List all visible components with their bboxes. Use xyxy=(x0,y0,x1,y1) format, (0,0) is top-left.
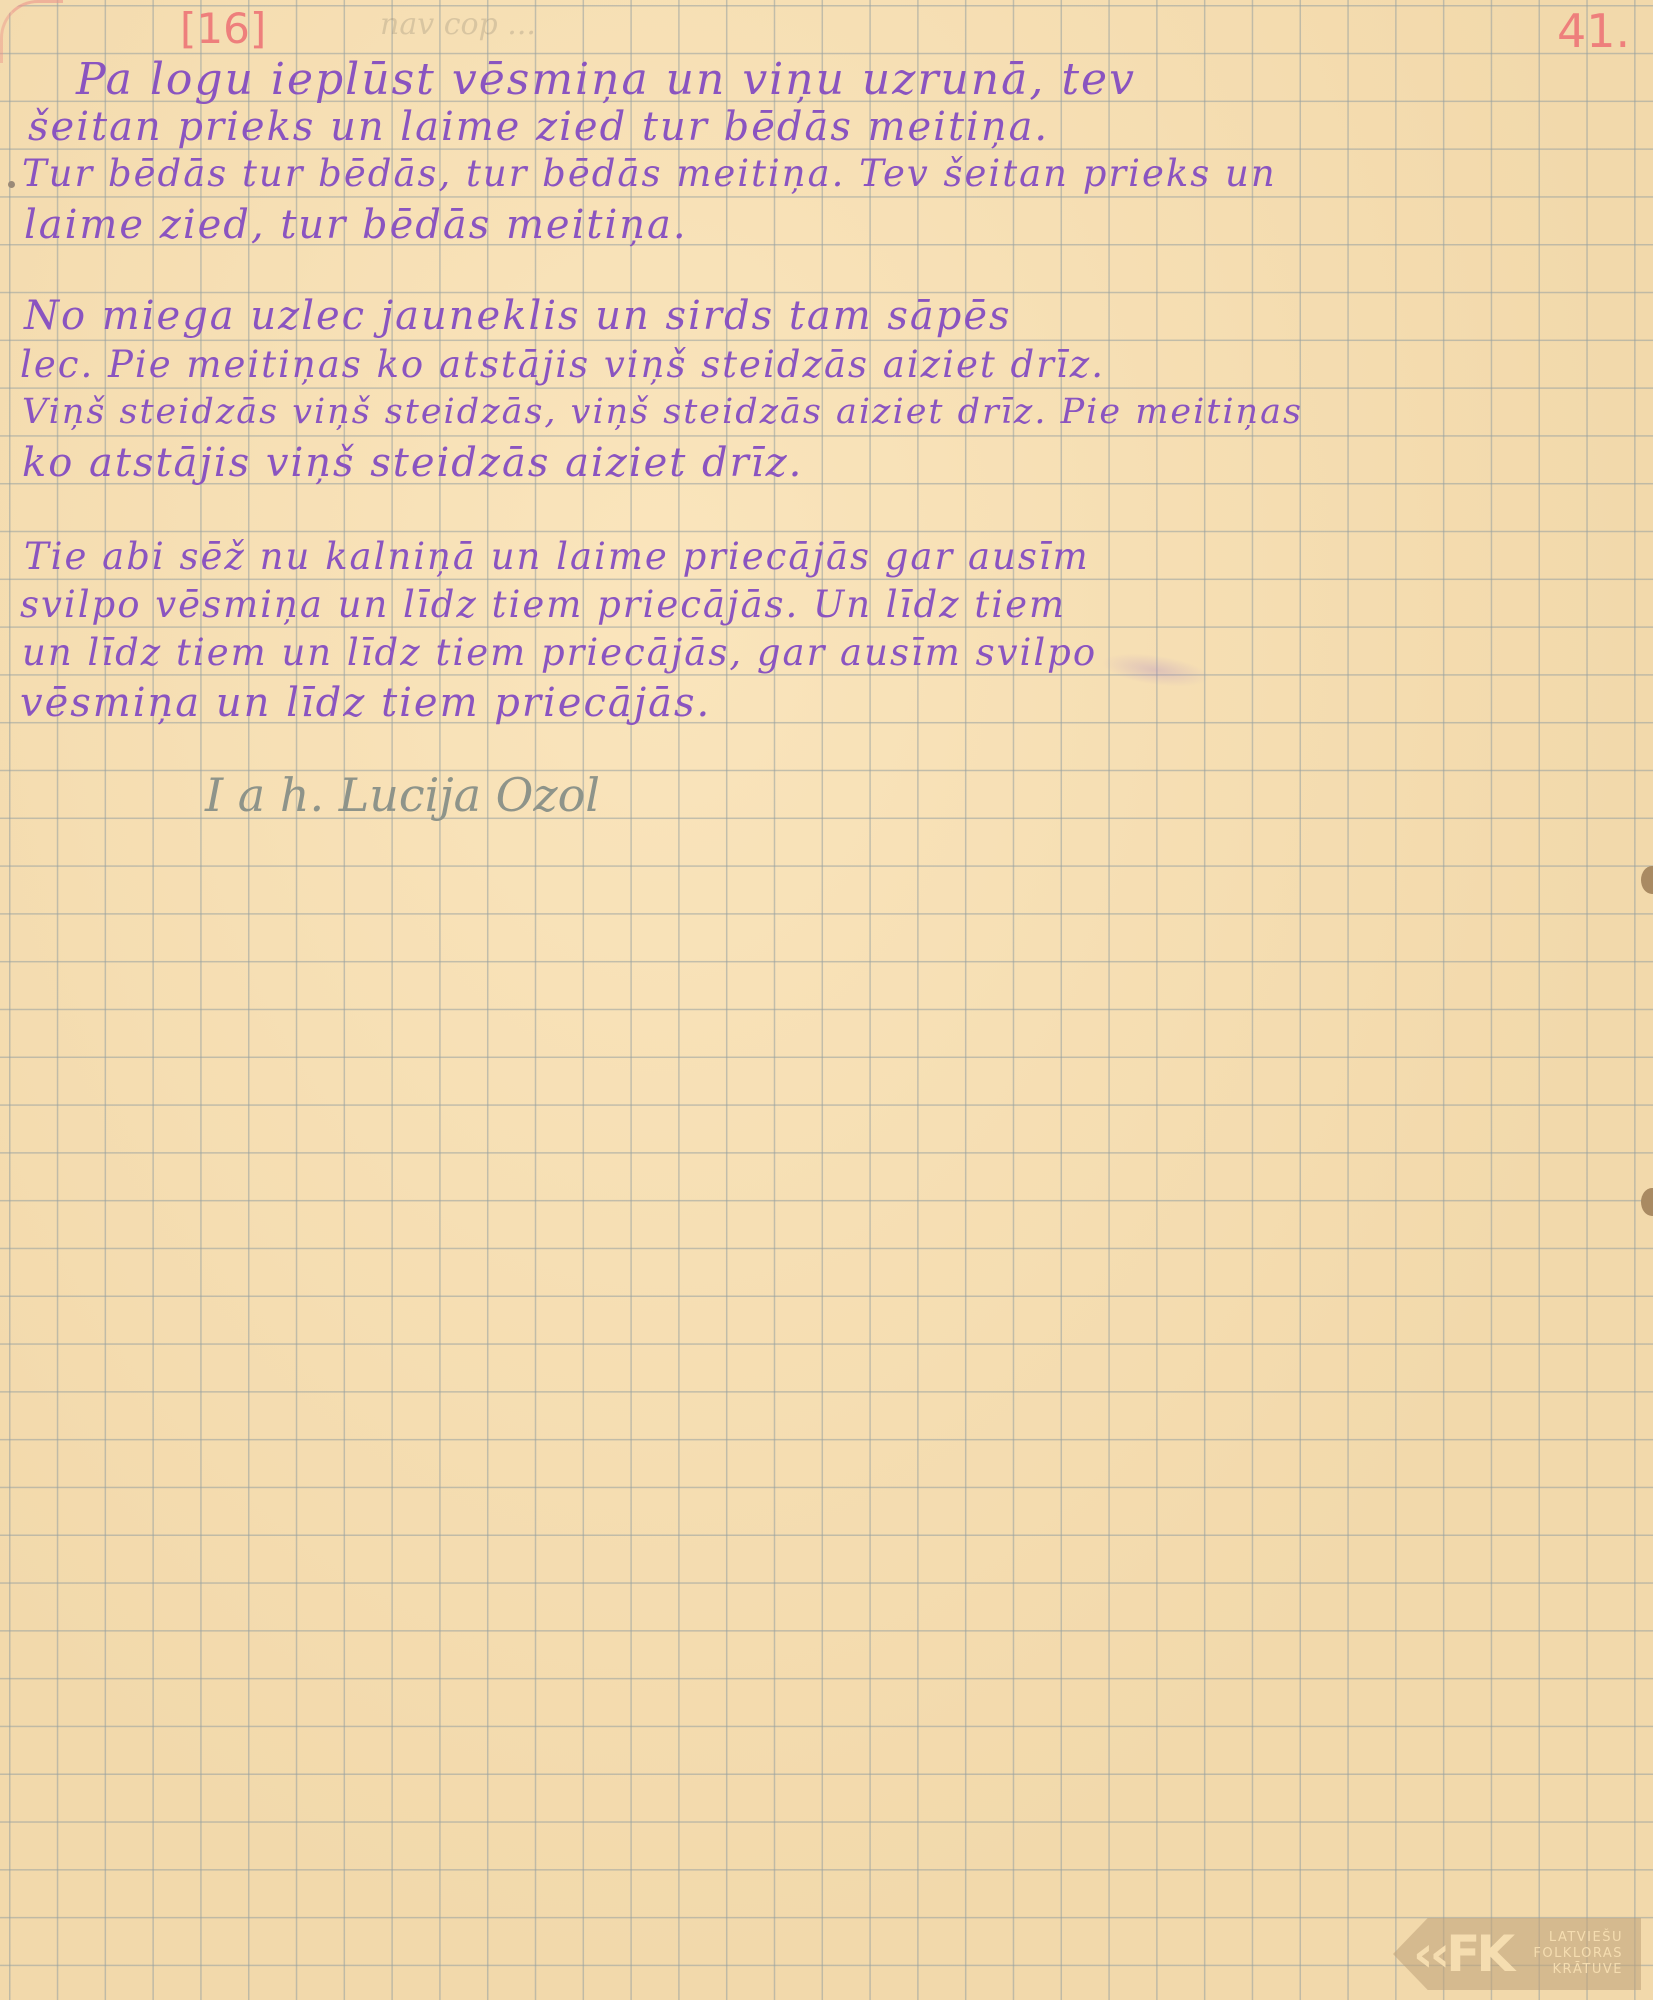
paragraph-3-line-1: Tie abi sēž nu kalniņā un laime priecājā… xyxy=(24,538,1090,575)
logo-text: LATVIEŠU FOLKLORAS KRĀTUVE xyxy=(1523,1930,1623,1978)
binding-hole-upper xyxy=(1641,866,1653,894)
faint-pencil-header: nav cop ... xyxy=(380,10,536,40)
page-number: 41. xyxy=(1557,8,1630,54)
manuscript-page: nav cop ... [16] 41. Pa logu ieplūst vēs… xyxy=(0,0,1653,2000)
paragraph-3-line-2: svilpo vēsmiņa un līdz tiem priecājās. U… xyxy=(20,586,1066,623)
paragraph-3-line-4: vēsmiņa un līdz tiem priecājās. xyxy=(20,683,711,723)
archive-logo: ‹‹FK LATVIEŠU FOLKLORAS KRĀTUVE xyxy=(1393,1918,1641,1990)
paragraph-2-line-2: lec. Pie meitiņas ko atstājis viņš steid… xyxy=(20,346,1105,383)
signature: I a h. Lucija Ozol xyxy=(205,772,600,818)
binding-hole-lower xyxy=(1641,1188,1653,1216)
logo-line-1: LATVIEŠU xyxy=(1523,1930,1623,1946)
logo-line-2: FOLKLORAS xyxy=(1523,1946,1623,1962)
ink-smudge xyxy=(1098,647,1211,692)
paragraph-1-line-4: laime zied, tur bēdās meitiņa. xyxy=(24,205,688,245)
logo-line-3: KRĀTUVE xyxy=(1523,1962,1623,1978)
paper-speck xyxy=(8,181,15,188)
paragraph-2-line-3: Viņš steidzās viņš steidzās, viņš steidz… xyxy=(22,395,1303,430)
page-corner-edge xyxy=(0,0,63,63)
paragraph-3-line-3: un līdz tiem un līdz tiem priecājās, gar… xyxy=(22,634,1097,671)
paragraph-2-line-1: No miega uzlec jauneklis un sirds tam sā… xyxy=(24,296,1012,336)
paragraph-2-line-4: ko atstājis viņš steidzās aiziet drīz. xyxy=(22,443,803,483)
archive-number: [16] xyxy=(180,8,266,50)
paragraph-1-line-1: Pa logu ieplūst vēsmiņa un viņu uzrunā, … xyxy=(76,58,1136,102)
logo-mark-icon: ‹‹FK xyxy=(1413,1925,1523,1983)
paragraph-1-line-2: šeitan prieks un laime zied tur bēdās me… xyxy=(28,107,1049,147)
paragraph-1-line-3: Tur bēdās tur bēdās, tur bēdās meitiņa. … xyxy=(22,155,1277,192)
